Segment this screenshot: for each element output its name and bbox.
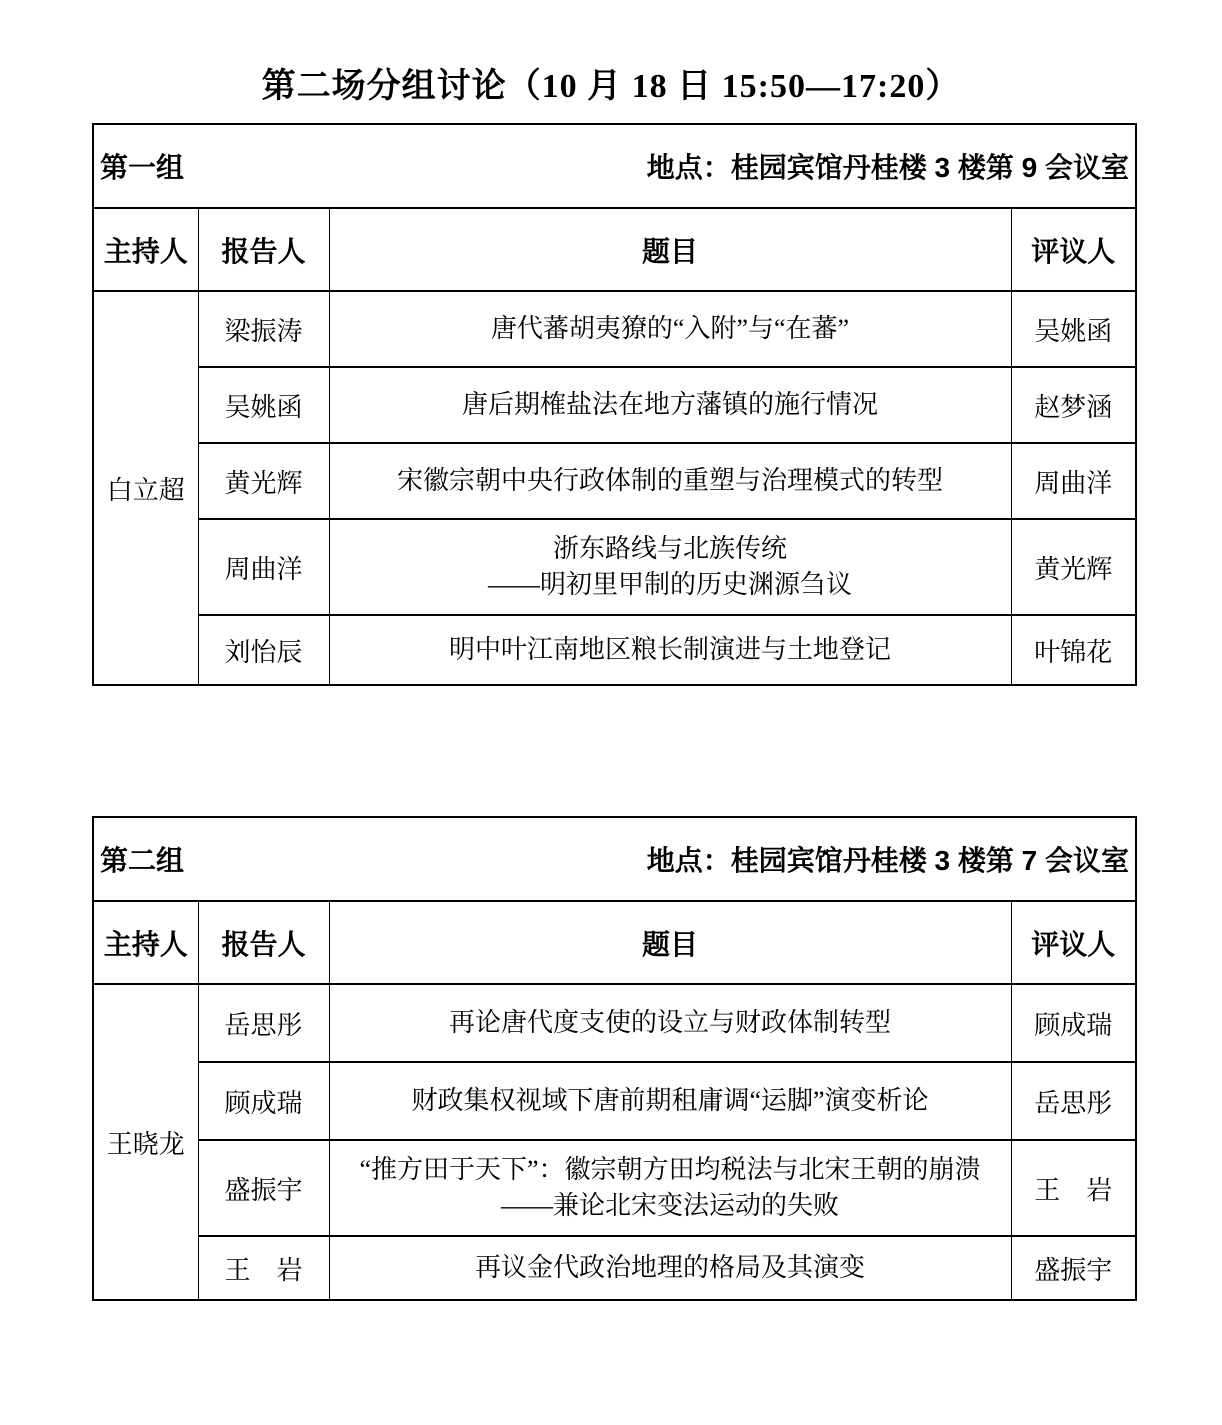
col-header-presenter: 报告人 bbox=[198, 901, 329, 984]
col-header-moderator: 主持人 bbox=[93, 208, 198, 291]
discussant-cell: 叶锦花 bbox=[1011, 615, 1136, 685]
paper-title-line: ——兼论北宋变法运动的失败 bbox=[336, 1188, 1005, 1224]
paper-title-cell: 财政集权视域下唐前期租庸调“运脚”演变析论 bbox=[329, 1062, 1011, 1140]
table-row: 周曲洋 浙东路线与北族传统 ——明初里甲制的历史渊源刍议 黄光辉 bbox=[93, 519, 1136, 615]
group-label: 第一组 bbox=[100, 146, 184, 186]
page-title: 第二场分组讨论（10 月 18 日 15:50—17:20） bbox=[0, 0, 1222, 107]
presenter-cell: 王 岩 bbox=[198, 1236, 329, 1300]
paper-title-cell: 唐代蕃胡夷獠的“入附”与“在蕃” bbox=[329, 291, 1011, 367]
discussant-cell: 顾成瑞 bbox=[1011, 984, 1136, 1062]
moderator-cell: 白立超 bbox=[93, 291, 198, 685]
paper-title-line: “推方田于天下”：徽宗朝方田均税法与北宋王朝的崩溃 bbox=[336, 1152, 1005, 1188]
presenter-cell: 黄光辉 bbox=[198, 443, 329, 519]
session-table-group2: 第二组 地点：桂园宾馆丹桂楼 3 楼第 7 会议室 主持人 报告人 题目 评议人… bbox=[92, 816, 1137, 1301]
moderator-cell: 王晓龙 bbox=[93, 984, 198, 1300]
paper-title-line: 唐后期榷盐法在地方藩镇的施行情况 bbox=[336, 387, 1005, 423]
col-header-moderator: 主持人 bbox=[93, 901, 198, 984]
paper-title-line: 宋徽宗朝中央行政体制的重塑与治理模式的转型 bbox=[336, 463, 1005, 499]
table-row: 王 岩 再议金代政治地理的格局及其演变 盛振宇 bbox=[93, 1236, 1136, 1300]
document-page: { "page_title": "第二场分组讨论（10 月 18 日 15:50… bbox=[0, 0, 1222, 1425]
paper-title-line: 明中叶江南地区粮长制演进与土地登记 bbox=[336, 632, 1005, 668]
location-label: 地点：桂园宾馆丹桂楼 3 楼第 7 会议室 bbox=[647, 839, 1129, 879]
group-label: 第二组 bbox=[100, 839, 184, 879]
paper-title-cell: 宋徽宗朝中央行政体制的重塑与治理模式的转型 bbox=[329, 443, 1011, 519]
presenter-cell: 梁振涛 bbox=[198, 291, 329, 367]
col-header-presenter: 报告人 bbox=[198, 208, 329, 291]
table-row: 白立超 梁振涛 唐代蕃胡夷獠的“入附”与“在蕃” 吴姚函 bbox=[93, 291, 1136, 367]
paper-title-cell: 浙东路线与北族传统 ——明初里甲制的历史渊源刍议 bbox=[329, 519, 1011, 615]
presenter-cell: 刘怡辰 bbox=[198, 615, 329, 685]
col-header-discussant: 评议人 bbox=[1011, 208, 1136, 291]
table-row: 王晓龙 岳思彤 再论唐代度支使的设立与财政体制转型 顾成瑞 bbox=[93, 984, 1136, 1062]
presenter-cell: 周曲洋 bbox=[198, 519, 329, 615]
paper-title-cell: “推方田于天下”：徽宗朝方田均税法与北宋王朝的崩溃 ——兼论北宋变法运动的失败 bbox=[329, 1140, 1011, 1236]
table-row: 黄光辉 宋徽宗朝中央行政体制的重塑与治理模式的转型 周曲洋 bbox=[93, 443, 1136, 519]
discussant-cell: 周曲洋 bbox=[1011, 443, 1136, 519]
col-header-title: 题目 bbox=[329, 208, 1011, 291]
presenter-cell: 岳思彤 bbox=[198, 984, 329, 1062]
paper-title-line: ——明初里甲制的历史渊源刍议 bbox=[336, 567, 1005, 603]
paper-title-line: 财政集权视域下唐前期租庸调“运脚”演变析论 bbox=[336, 1083, 1005, 1119]
presenter-cell: 盛振宇 bbox=[198, 1140, 329, 1236]
discussant-cell: 吴姚函 bbox=[1011, 291, 1136, 367]
group-header-row: 第一组 地点：桂园宾馆丹桂楼 3 楼第 9 会议室 bbox=[100, 146, 1129, 186]
paper-title-line: 唐代蕃胡夷獠的“入附”与“在蕃” bbox=[336, 311, 1005, 347]
table-row: 顾成瑞 财政集权视域下唐前期租庸调“运脚”演变析论 岳思彤 bbox=[93, 1062, 1136, 1140]
paper-title-cell: 唐后期榷盐法在地方藩镇的施行情况 bbox=[329, 367, 1011, 443]
discussant-cell: 盛振宇 bbox=[1011, 1236, 1136, 1300]
col-header-discussant: 评议人 bbox=[1011, 901, 1136, 984]
paper-title-line: 再论唐代度支使的设立与财政体制转型 bbox=[336, 1005, 1005, 1041]
session-table-group1: 第一组 地点：桂园宾馆丹桂楼 3 楼第 9 会议室 主持人 报告人 题目 评议人… bbox=[92, 123, 1137, 686]
group-header-cell: 第二组 地点：桂园宾馆丹桂楼 3 楼第 7 会议室 bbox=[93, 817, 1136, 901]
table-row: 盛振宇 “推方田于天下”：徽宗朝方田均税法与北宋王朝的崩溃 ——兼论北宋变法运动… bbox=[93, 1140, 1136, 1236]
table-row: 刘怡辰 明中叶江南地区粮长制演进与土地登记 叶锦花 bbox=[93, 615, 1136, 685]
group-header-cell: 第一组 地点：桂园宾馆丹桂楼 3 楼第 9 会议室 bbox=[93, 124, 1136, 208]
discussant-cell: 黄光辉 bbox=[1011, 519, 1136, 615]
paper-title-line: 浙东路线与北族传统 bbox=[336, 531, 1005, 567]
col-header-title: 题目 bbox=[329, 901, 1011, 984]
paper-title-cell: 再论唐代度支使的设立与财政体制转型 bbox=[329, 984, 1011, 1062]
group-header-row: 第二组 地点：桂园宾馆丹桂楼 3 楼第 7 会议室 bbox=[100, 839, 1129, 879]
presenter-cell: 顾成瑞 bbox=[198, 1062, 329, 1140]
table-row: 吴姚函 唐后期榷盐法在地方藩镇的施行情况 赵梦涵 bbox=[93, 367, 1136, 443]
discussant-cell: 王 岩 bbox=[1011, 1140, 1136, 1236]
paper-title-cell: 再议金代政治地理的格局及其演变 bbox=[329, 1236, 1011, 1300]
paper-title-line: 再议金代政治地理的格局及其演变 bbox=[336, 1250, 1005, 1286]
presenter-cell: 吴姚函 bbox=[198, 367, 329, 443]
discussant-cell: 赵梦涵 bbox=[1011, 367, 1136, 443]
discussant-cell: 岳思彤 bbox=[1011, 1062, 1136, 1140]
paper-title-cell: 明中叶江南地区粮长制演进与土地登记 bbox=[329, 615, 1011, 685]
location-label: 地点：桂园宾馆丹桂楼 3 楼第 9 会议室 bbox=[647, 146, 1129, 186]
